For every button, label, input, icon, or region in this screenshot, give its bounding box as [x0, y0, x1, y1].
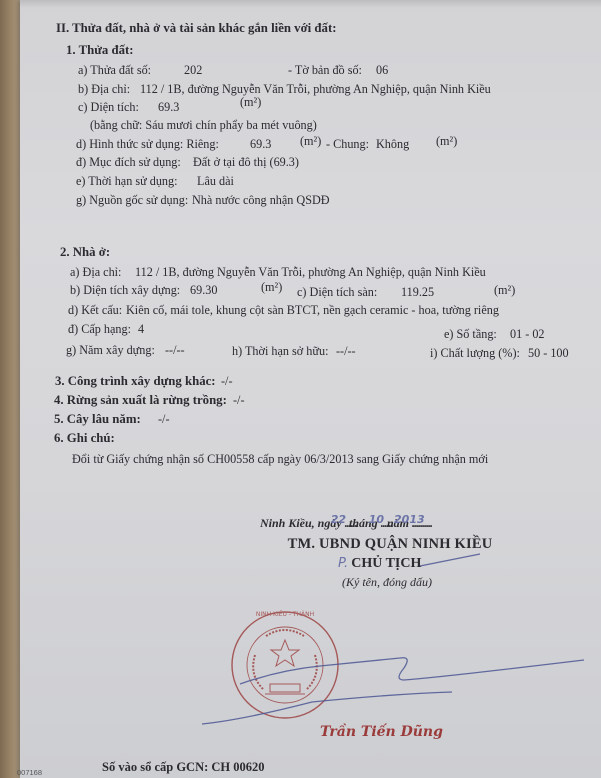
registry-value: CH 00620	[211, 760, 264, 774]
svg-text:NINH KIỀU - THÀNH: NINH KIỀU - THÀNH	[256, 610, 314, 618]
official-seal-icon: NINH KIỀU - THÀNH	[232, 610, 338, 718]
signature-strokes	[202, 554, 584, 724]
registry-line: Số vào sổ cấp GCN: CH 00620	[102, 760, 265, 775]
registry-label: Số vào sổ cấp GCN:	[102, 760, 208, 774]
document-content: II. Thửa đất, nhà ở và tài sản khác gắn …	[0, 0, 601, 778]
seal-and-signature: NINH KIỀU - THÀNH	[0, 0, 601, 778]
form-serial: 007168	[17, 765, 42, 778]
signer-name: Trần Tiến Dũng	[320, 725, 443, 740]
